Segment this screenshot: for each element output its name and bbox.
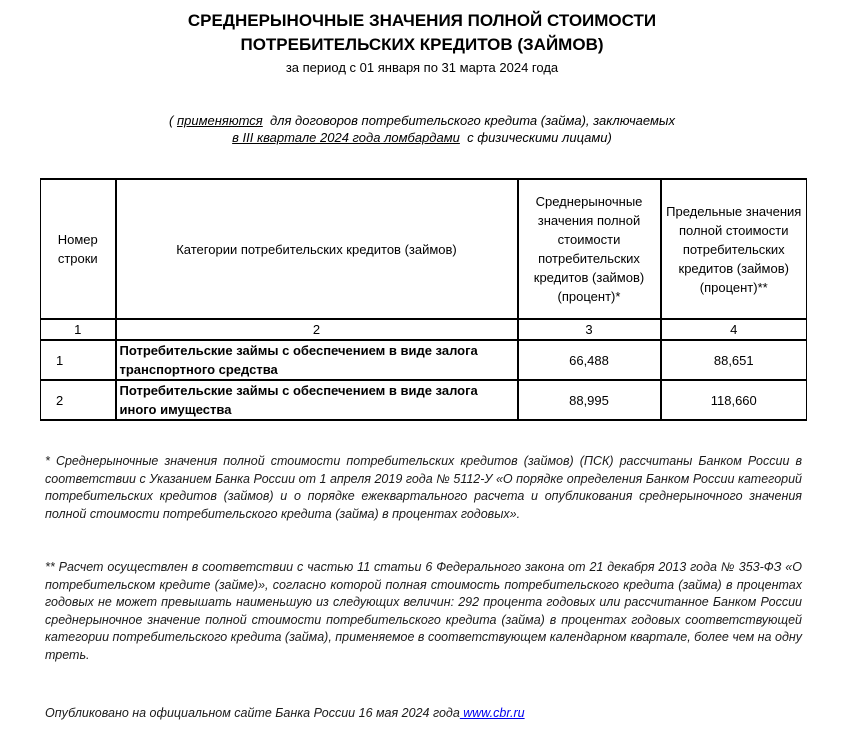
column-number-2: 2 bbox=[116, 319, 518, 340]
table-row: 2 Потребительские займы с обеспечением в… bbox=[41, 380, 807, 420]
row-category: Потребительские займы с обеспечением в в… bbox=[116, 380, 518, 420]
header-row-number-label: Номер строки bbox=[53, 230, 103, 268]
applies-text-2: с физическими лицами) bbox=[460, 130, 612, 145]
row-number: 1 bbox=[41, 340, 116, 380]
publication-text: Опубликовано на официальном сайте Банка … bbox=[45, 706, 460, 720]
document-title-line2: ПОТРЕБИТЕЛЬСКИХ КРЕДИТОВ (ЗАЙМОВ) bbox=[0, 33, 844, 57]
footnote-limit-psk: ** Расчет осуществлен в соответствии с ч… bbox=[45, 559, 802, 664]
table-row: 1 Потребительские займы с обеспечением в… bbox=[41, 340, 807, 380]
header-limit-psk: Предельные значения полной стоимости пот… bbox=[661, 179, 807, 319]
header-category-label: Категории потребительских кредитов (займ… bbox=[176, 242, 457, 257]
psk-table: Номер строки Категории потребительских к… bbox=[40, 178, 807, 421]
period-subtitle: за период с 01 января по 31 марта 2024 г… bbox=[0, 60, 844, 76]
table-header-row: Номер строки Категории потребительских к… bbox=[41, 179, 807, 319]
cbr-website-link[interactable]: www.cbr.ru bbox=[460, 706, 525, 720]
row-category: Потребительские займы с обеспечением в в… bbox=[116, 340, 518, 380]
applies-open-paren: ( bbox=[169, 113, 177, 128]
publication-footer: Опубликовано на официальном сайте Банка … bbox=[45, 705, 525, 721]
document-title-line1: СРЕДНЕРЫНОЧНЫЕ ЗНАЧЕНИЯ ПОЛНОЙ СТОИМОСТИ bbox=[0, 9, 844, 33]
column-number-3: 3 bbox=[518, 319, 661, 340]
applies-underlined-1: применяются bbox=[177, 113, 263, 128]
header-row-number: Номер строки bbox=[41, 179, 116, 319]
header-average-psk-label: Среднерыночные значения полной стоимости… bbox=[521, 192, 657, 306]
row-limit-psk: 118,660 bbox=[661, 380, 807, 420]
header-average-psk: Среднерыночные значения полной стоимости… bbox=[518, 179, 661, 319]
row-average-psk: 88,995 bbox=[518, 380, 661, 420]
column-number-row: 1 2 3 4 bbox=[41, 319, 807, 340]
applicability-note: ( применяются для договоров потребительс… bbox=[0, 112, 844, 146]
column-number-1: 1 bbox=[41, 319, 116, 340]
row-limit-psk: 88,651 bbox=[661, 340, 807, 380]
row-average-psk: 66,488 bbox=[518, 340, 661, 380]
header-limit-psk-label: Предельные значения полной стоимости пот… bbox=[666, 202, 802, 297]
applies-text-1: для договоров потребительского кредита (… bbox=[263, 113, 675, 128]
row-number: 2 bbox=[41, 380, 116, 420]
header-category: Категории потребительских кредитов (займ… bbox=[116, 179, 518, 319]
applies-underlined-2: в III квартале 2024 года ломбардами bbox=[232, 130, 460, 145]
column-number-4: 4 bbox=[661, 319, 807, 340]
footnote-average-psk: * Среднерыночные значения полной стоимос… bbox=[45, 453, 802, 523]
